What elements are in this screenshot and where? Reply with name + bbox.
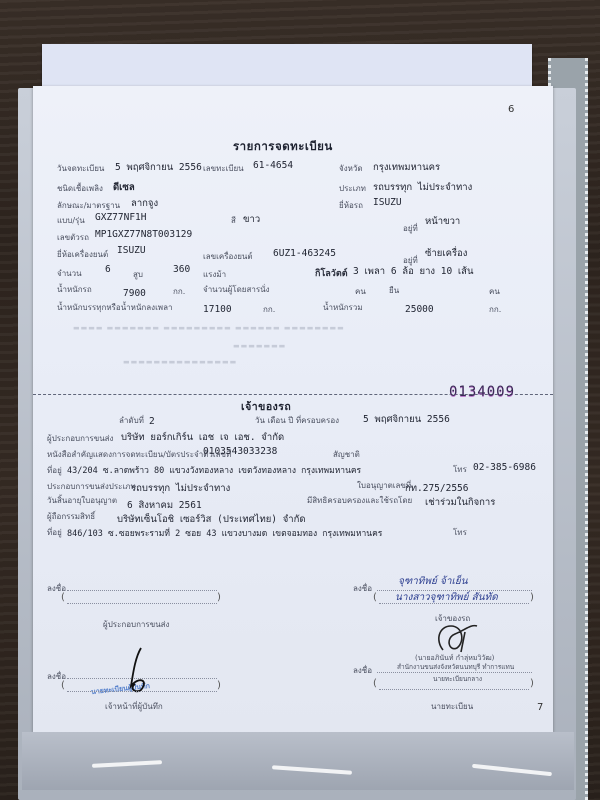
engine-brand-label: ยี่ห้อเครื่องยนต์ <box>57 248 108 261</box>
light-glare <box>92 760 162 768</box>
registrar-office: สำนักงานขนส่งจังหวัดนนทบุรี ทำการแทน <box>397 662 514 672</box>
weight-unit: กก. <box>173 285 185 298</box>
engine-number-label: เลขเครื่องยนต์ <box>203 250 253 263</box>
paren-open: ( <box>373 592 377 603</box>
province: กรุงเทพมหานคร <box>373 160 440 175</box>
faded-carbon-text: ▬▬▬▬ ▬▬▬▬▬▬▬ ▬▬▬▬▬▬▬▬▬ ▬▬▬▬▬▬ ▬▬▬▬▬▬▬▬ <box>73 324 345 332</box>
standing-unit: คน <box>489 285 500 298</box>
owner-address-label: ที่อยู่ <box>47 526 62 539</box>
owner-label: ผู้ถือกรรมสิทธิ์ <box>47 510 95 523</box>
registration-title: รายการจดทะเบียน <box>233 138 333 156</box>
type-label: ประเภท <box>339 182 366 195</box>
operator-address: 43/204 ซ.ลาดพร้าว 80 แขวงวังทองหลาง เขตว… <box>67 463 361 477</box>
count-label: จำนวน <box>57 267 82 280</box>
light-glare <box>272 765 352 775</box>
chassis-number: MP1GXZ77N8T003129 <box>95 229 192 240</box>
signature-line <box>377 672 532 673</box>
faded-carbon-text: ▬▬▬▬▬▬▬ <box>233 342 286 350</box>
province-label: จังหวัด <box>339 162 363 175</box>
passengers-label: จำนวนผู้โดยสารนั่ง <box>203 283 270 296</box>
recorder-signature-icon <box>125 646 151 694</box>
engine-number: 6UZ1-463245 <box>273 248 336 259</box>
engine-brand: ISUZU <box>117 245 146 256</box>
reg-date-label: วันจดทะเบียน <box>57 162 104 175</box>
fuel: ดีเซล <box>113 180 135 195</box>
axles-wheels-tires: 3 เพลา 6 ล้อ ยาง 10 เส้น <box>353 264 473 279</box>
transport-type-label: ประกอบการขนส่งประเภท <box>47 480 136 493</box>
total-weight-label: น้ำหนักรวม <box>323 301 363 314</box>
printed-name-line <box>67 691 217 692</box>
recorder-caption: เจ้าหน้าที่ผู้บันทึก <box>105 700 163 713</box>
paren-open: ( <box>61 680 65 691</box>
payload-label: น้ำหนักบรรทุกหรือน้ำหนักลงเพลา <box>57 301 172 314</box>
color-label: สี <box>231 214 236 227</box>
signature-line <box>67 590 217 591</box>
paren-close: ) <box>217 680 221 691</box>
chassis-loc-label: อยู่ที่ <box>403 222 418 235</box>
printed-name-line <box>379 689 529 690</box>
seq-number: 2 <box>149 416 155 427</box>
phone-number: 02-385-6986 <box>473 462 536 473</box>
paren-open: ( <box>61 592 65 603</box>
possession-date: 5 พฤศจิกายน 2556 <box>363 412 450 427</box>
operator-label: ผู้ประกอบการขนส่ง <box>47 432 113 445</box>
fuel-label: ชนิดเชื้อเพลิง <box>57 182 103 195</box>
sign-label: ลงชื่อ <box>353 582 372 595</box>
standing-label: ยืน <box>389 284 399 297</box>
phone-label: โทร <box>453 463 467 476</box>
page-number-bottom: 7 <box>537 702 543 713</box>
color: ขาว <box>243 212 260 227</box>
vehicle-type: รถบรรทุก ไม่ประจำทาง <box>373 180 472 195</box>
light-glare <box>472 764 552 776</box>
registrar-caption: นายทะเบียน <box>431 700 473 713</box>
cylinder-label: สูบ <box>133 268 143 281</box>
payload: 17100 <box>203 304 232 315</box>
usage-right: เช่าร่วมในกิจการ <box>425 495 495 510</box>
brand-label: ยี่ห้อรถ <box>339 199 363 212</box>
paren-close: ) <box>217 592 221 603</box>
model-label: แบบ/รุ่น <box>57 214 85 227</box>
right-label: มีสิทธิครอบครองและใช้รถโดย <box>307 494 412 507</box>
owner-signature: จุฑาทิพย์ จ้าเย็น <box>398 574 468 589</box>
registrar-signature-icon <box>435 622 481 654</box>
payload-unit: กก. <box>263 303 275 316</box>
model: GXZ77NF1H <box>95 212 146 223</box>
cylinders: 6 <box>105 264 111 275</box>
operator-name: บริษัท ยอร์กเกิร์น เอช เจ เอช. จำกัด <box>121 430 284 445</box>
sign-label: ลงชื่อ <box>353 664 372 677</box>
passenger-unit: คน <box>355 285 366 298</box>
total-weight: 25000 <box>405 304 434 315</box>
transport-type: รถบรรทุก ไม่ประจำทาง <box>131 481 230 496</box>
possession-date-label: วัน เดือน ปี ที่ครอบครอง <box>255 414 339 427</box>
license-label: ใบอนุญาตเลขที่ <box>357 479 411 492</box>
id-number: 0103543033238 <box>203 446 277 457</box>
license-number: กท.275/2556 <box>405 481 469 496</box>
horsepower: 360 <box>173 264 190 275</box>
license-exp-label: วันสิ้นอายุใบอนุญาต <box>47 494 117 507</box>
chassis-location: หน้าขวา <box>425 214 460 229</box>
registration-document: 6 รายการจดทะเบียน วันจดทะเบียน 5 พฤศจิกา… <box>33 86 553 732</box>
style-label: ลักษณะ/มาตรฐาน <box>57 199 120 212</box>
horsepower-label: แรงม้า <box>203 268 226 281</box>
vehicle-weight: 7900 <box>123 288 146 299</box>
plate-number: 61-4654 <box>253 160 293 171</box>
plate-label: เลขทะเบียน <box>203 162 244 175</box>
owner-printed-name: นางสาวจุฑาทิพย์ สันทัด <box>395 590 498 605</box>
owner-name: บริษัทเซ็นโอชิ เซอร์วิส (ประเทศไทย) จำกั… <box>117 512 306 527</box>
page-number-top: 6 <box>508 104 514 115</box>
reg-date: 5 พฤศจิกายน 2556 <box>115 160 202 175</box>
address-label: ที่อยู่ <box>47 464 62 477</box>
brand: ISUZU <box>373 197 402 208</box>
registrar-title: นายทะเบียนกลาง <box>433 674 482 684</box>
faded-carbon-text: ▬▬▬▬▬▬▬▬▬▬▬▬▬▬▬ <box>123 358 237 366</box>
owner-address: 846/103 ซ.ซอยพระรามที่ 2 ซอย 43 แขวงบางม… <box>67 526 382 540</box>
engine-location: ซ้ายเครื่อง <box>425 246 467 261</box>
owner-phone-label: โทร <box>453 526 467 539</box>
total-weight-unit: กก. <box>489 303 501 316</box>
license-expiry: 6 สิงหาคม 2561 <box>127 498 202 513</box>
chassis-label: เลขตัวรถ <box>57 231 89 244</box>
kilowatt-label: กิโลวัตต์ <box>315 266 348 280</box>
weight-label: น้ำหนักรถ <box>57 283 92 296</box>
style: ลากจูง <box>131 196 158 211</box>
printed-name-line <box>67 603 217 604</box>
serial-number: 0134009 <box>449 384 515 400</box>
seq-label: ลำดับที่ <box>119 414 144 427</box>
operator-caption: ผู้ประกอบการขนส่ง <box>103 618 169 631</box>
owner-section-title: เจ้าของรถ <box>241 398 291 415</box>
paren-close: ) <box>530 678 534 689</box>
paren-close: ) <box>530 592 534 603</box>
paren-open: ( <box>373 678 377 689</box>
nationality-label: สัญชาติ <box>333 448 360 461</box>
sleeve-bottom-flap <box>22 732 574 790</box>
